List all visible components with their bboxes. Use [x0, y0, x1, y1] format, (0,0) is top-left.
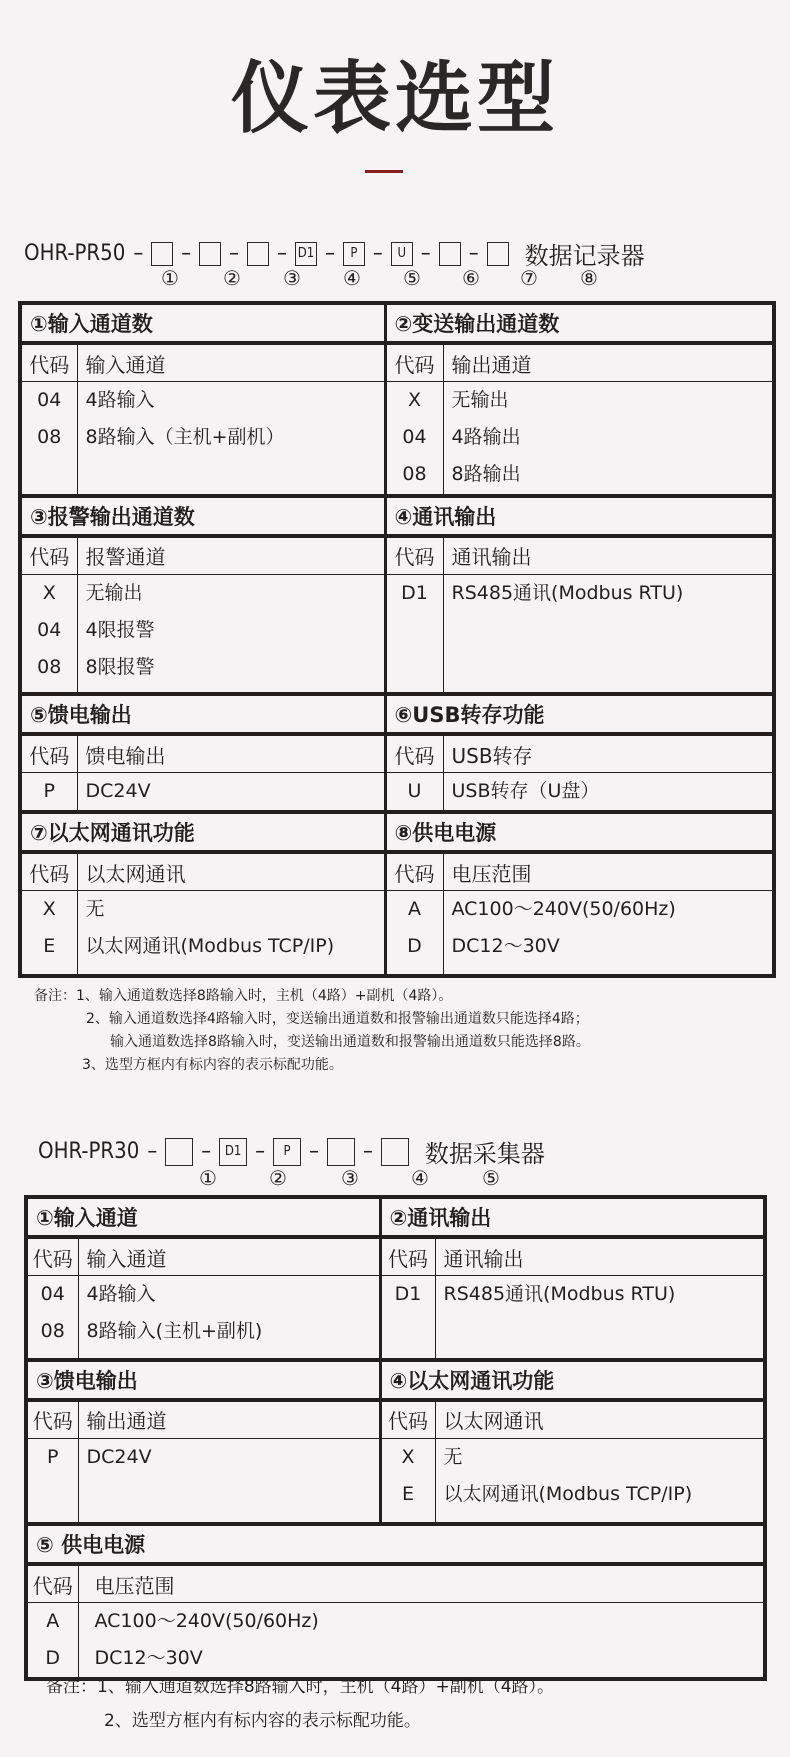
code-cell: 0408 [20, 382, 77, 496]
code-cell: D1 [385, 574, 443, 694]
pr50-slot-4: D1 [295, 242, 317, 266]
pr50-slot-2 [199, 242, 221, 266]
section-title: ⑤ 供电电源 [26, 1524, 765, 1564]
pr50-slot-number: ② [217, 266, 247, 290]
value-header: 以太网通讯 [77, 852, 385, 891]
section-title: ①输入通道 [26, 1197, 380, 1237]
code-cell: 0408 [26, 1276, 78, 1360]
note-line: 2、输入通道数选择4路输入时，变送输出通道数和报警输出通道数只能选择4路； [34, 1008, 590, 1031]
pr30-slot-5 [381, 1138, 409, 1166]
pr50-slot-3 [247, 242, 269, 266]
page-title: 仪表选型 [0, 36, 790, 148]
pr30-slot-numbers: ① ② ③ ④ ⑤ [0, 1166, 790, 1192]
code-header: 代码 [20, 734, 77, 773]
value-cell: 无以太网通讯(Modbus TCP/IP) [77, 891, 385, 976]
code-cell: X0408 [385, 382, 443, 496]
section-title: ②通讯输出 [380, 1197, 765, 1237]
pr50-slot-5: P [343, 242, 365, 266]
pr30-notes: 备注：1、输入通道数选择8路输入时，主机（4路）+副机（4路）。 2、选型方框内… [46, 1670, 554, 1738]
pr30-model-name: OHR-PR30 [38, 1139, 139, 1164]
section-title: ⑤馈电输出 [20, 694, 385, 734]
pr30-slot-number: ② [263, 1166, 293, 1190]
code-header: 代码 [20, 343, 77, 382]
pr30-slot-number: ① [193, 1166, 223, 1190]
code-cell: P [20, 773, 77, 813]
code-cell: XE [20, 891, 77, 976]
value-cell: RS485通讯(Modbus RTU) [443, 574, 774, 694]
section-title: ①输入通道数 [20, 303, 385, 343]
value-header: 电压范围 [443, 852, 774, 891]
value-cell: RS485通讯(Modbus RTU) [435, 1276, 765, 1360]
pr50-slot-number: ③ [277, 266, 307, 290]
code-cell: XE [380, 1438, 435, 1524]
code-header: 代码 [380, 1237, 435, 1276]
pr50-slot-number: ① [155, 266, 185, 290]
pr50-slot-number: ⑥ [456, 266, 486, 290]
value-cell: 无以太网通讯(Modbus TCP/IP) [435, 1438, 765, 1524]
code-cell: AD [26, 1603, 78, 1680]
pr50-slot-number: ⑦ [514, 266, 544, 290]
value-cell: 4路输入8路输入（主机+副机） [77, 382, 385, 496]
value-header: 以太网通讯 [435, 1400, 765, 1439]
pr30-slot-4 [327, 1138, 355, 1166]
value-cell: 无输出4路输出8路输出 [443, 382, 774, 496]
pr50-slot-1 [151, 242, 173, 266]
section-title: ⑧供电电源 [385, 812, 774, 852]
value-header: 馈电输出 [77, 734, 385, 773]
pr30-model-code-line: OHR-PR30 – – D1 – P – – 数据采集器 [38, 1134, 545, 1169]
pr50-slot-number: ⑤ [397, 266, 427, 290]
pr30-slot-3: P [273, 1138, 301, 1166]
pr30-slot-2: D1 [219, 1138, 247, 1166]
code-header: 代码 [385, 536, 443, 575]
note-line: 2、选型方框内有标内容的表示标配功能。 [46, 1704, 554, 1738]
code-cell: U [385, 773, 443, 813]
section-title: ④通讯输出 [385, 496, 774, 536]
code-cell: X0408 [20, 574, 77, 694]
value-header: 报警通道 [77, 536, 385, 575]
pr50-slot-6: U [391, 242, 413, 266]
value-cell: DC24V [77, 773, 385, 813]
value-header: 电压范围 [78, 1564, 765, 1603]
value-cell: 无输出4限报警8限报警 [77, 574, 385, 694]
title-accent-divider [365, 170, 403, 173]
code-header: 代码 [26, 1237, 78, 1276]
section-title: ③报警输出通道数 [20, 496, 385, 536]
note-line: 备注：1、输入通道数选择8路输入时，主机（4路）+副机（4路）。 [46, 1670, 554, 1704]
pr50-slot-8 [487, 242, 509, 266]
pr50-slot-7 [439, 242, 461, 266]
note-line: 3、选型方框内有标内容的表示标配功能。 [34, 1054, 590, 1077]
pr50-slot-numbers: ① ② ③ ④ ⑤ ⑥ ⑦ ⑧ [0, 266, 790, 292]
value-header: 输入通道 [78, 1237, 380, 1276]
value-header: USB转存 [443, 734, 774, 773]
pr30-slot-number: ③ [335, 1166, 365, 1190]
section-title: ⑦以太网通讯功能 [20, 812, 385, 852]
code-cell: P [26, 1438, 78, 1524]
value-cell: USB转存（U盘） [443, 773, 774, 813]
note-line: 输入通道数选择8路输入时，变送输出通道数和报警输出通道数只能选择8路。 [34, 1031, 590, 1054]
code-header: 代码 [26, 1564, 78, 1603]
section-title: ③馈电输出 [26, 1360, 380, 1400]
code-header: 代码 [385, 734, 443, 773]
pr30-device-kind: 数据采集器 [425, 1134, 545, 1169]
pr50-notes: 备注：1、输入通道数选择8路输入时，主机（4路）+副机（4路）。 2、输入通道数… [34, 985, 590, 1077]
pr50-model-name: OHR-PR50 [24, 241, 125, 266]
value-cell: DC24V [78, 1438, 380, 1524]
section-title: ②变送输出通道数 [385, 303, 774, 343]
code-header: 代码 [385, 852, 443, 891]
value-header: 通讯输出 [443, 536, 774, 575]
pr30-slot-number: ⑤ [476, 1166, 506, 1190]
pr30-spec-table: ①输入通道 ②通讯输出 代码 输入通道 代码 通讯输出 0408 4路输入8路输… [24, 1195, 767, 1681]
pr30-slot-1 [165, 1138, 193, 1166]
value-cell: AC100～240V(50/60Hz)DC12～30V [443, 891, 774, 976]
value-header: 输出通道 [78, 1400, 380, 1439]
section-title: ④以太网通讯功能 [380, 1360, 765, 1400]
code-cell: AD [385, 891, 443, 976]
pr50-slot-number: ④ [337, 266, 367, 290]
pr30-slot-number: ④ [405, 1166, 435, 1190]
code-header: 代码 [20, 536, 77, 575]
value-cell: AC100～240V(50/60Hz)DC12～30V [78, 1603, 765, 1680]
value-header: 输出通道 [443, 343, 774, 382]
code-cell: D1 [380, 1276, 435, 1360]
code-header: 代码 [380, 1400, 435, 1439]
code-header: 代码 [26, 1400, 78, 1439]
code-header: 代码 [385, 343, 443, 382]
value-header: 通讯输出 [435, 1237, 765, 1276]
pr50-slot-number: ⑧ [574, 266, 604, 290]
value-cell: 4路输入8路输入(主机+副机) [78, 1276, 380, 1360]
note-line: 备注：1、输入通道数选择8路输入时，主机（4路）+副机（4路）。 [34, 985, 590, 1008]
value-header: 输入通道 [77, 343, 385, 382]
code-header: 代码 [20, 852, 77, 891]
pr50-spec-table: ①输入通道数 ②变送输出通道数 代码 输入通道 代码 输出通道 0408 4路输… [18, 301, 776, 978]
section-title: ⑥USB转存功能 [385, 694, 774, 734]
